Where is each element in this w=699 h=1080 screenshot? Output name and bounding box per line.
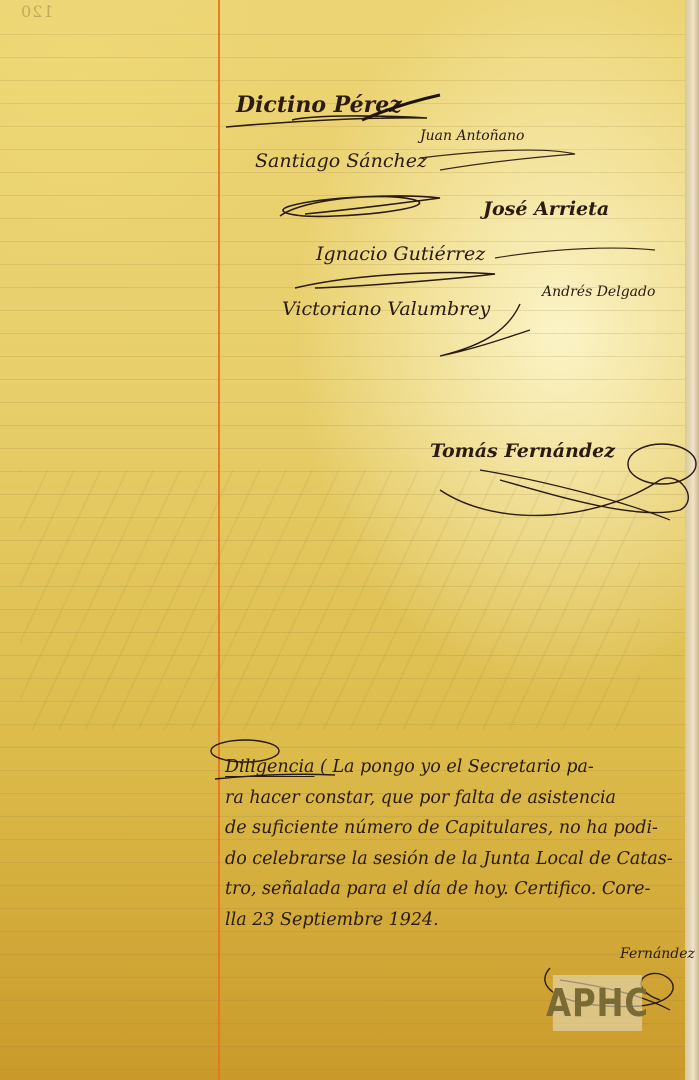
signature-santiago-sanchez: Santiago Sánchez [255,150,427,172]
signature-rubric [420,440,699,530]
archive-watermark: APHC [553,975,642,1031]
diligencia-line-5: tro, señalada para el día de hoy. Certif… [225,874,685,905]
signature-flourish [410,140,590,180]
diligencia-line-3: de suficiente número de Capitulares, no … [225,813,685,844]
signature-flourish [265,188,455,224]
diligencia-text: Diligencia ( La pongo yo el Secretario p… [225,752,685,935]
page-number: 120 [20,2,54,21]
signature-andres-delgado: Andrés Delgado [542,284,655,300]
diligencia-line-1: Diligencia ( La pongo yo el Secretario p… [225,752,685,783]
diligencia-line-2: ra hacer constar, que por falta de asist… [225,783,685,814]
diligencia-line-6: lla 23 Septiembre 1924. [225,905,685,936]
margin-rule [218,0,220,1080]
signature-jose-arrieta: José Arrieta [483,198,609,220]
page-edge [685,0,699,1080]
diligencia-label: Diligencia [225,757,314,777]
signature-flourish [420,300,540,360]
document-page: 120 Dictino Pérez Juan Antoñano Santiago… [0,0,699,1080]
diligencia-line-4: do celebrarse la sesión de la Junta Loca… [225,844,685,875]
signature-flourish [222,85,452,130]
